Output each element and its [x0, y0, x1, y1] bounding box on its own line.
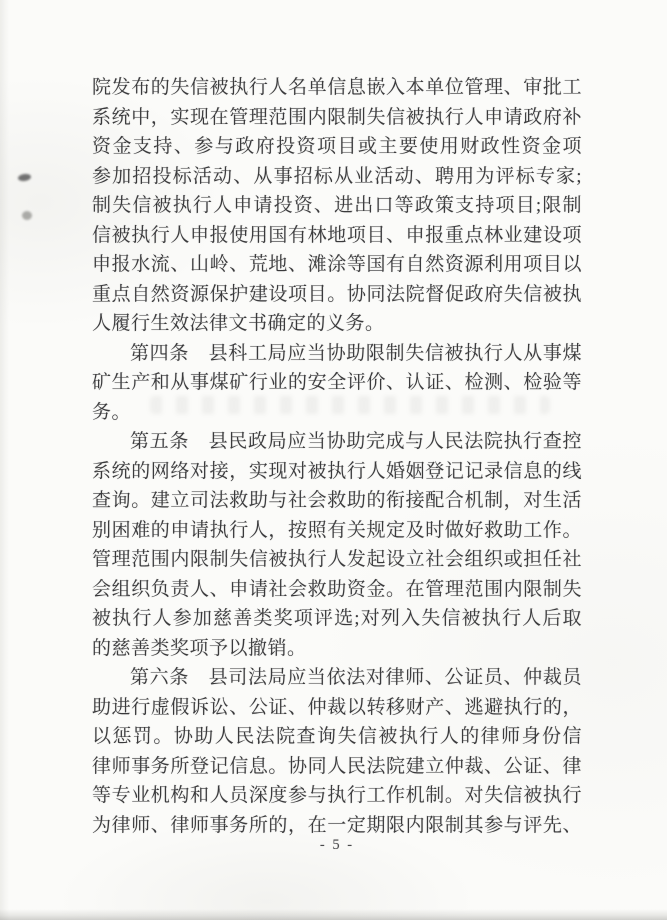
- text-line: 第五条 县民政局应当协助完成与人民法院执行查控: [92, 427, 582, 457]
- text-line: 被执行人参加慈善类奖项评选;对列入失信被执行人后取得: [92, 604, 582, 634]
- document-body: 院发布的失信被执行人名单信息嵌入本单位管理、审批工作系统中，实现在管理范围内限制…: [92, 73, 582, 840]
- scanned-document-page: 院发布的失信被执行人名单信息嵌入本单位管理、审批工作系统中，实现在管理范围内限制…: [0, 0, 667, 920]
- text-line: 参加招投标活动、从事招标从业活动、聘用为评标专家;限: [92, 162, 582, 192]
- text-line: 制失信被执行人申请投资、进出口等政策支持项目;限制失: [92, 191, 582, 221]
- text-line: 会组织负责人、申请社会救助资金。在管理范围内限制失信: [92, 575, 582, 605]
- text-line: 矿生产和从事煤矿行业的安全评价、认证、检测、检验等业: [92, 368, 582, 398]
- paragraph-article-6: 第六条 县司法局应当依法对律师、公证员、仲裁员帮助进行虚假诉讼、公证、仲裁以转移…: [92, 663, 582, 840]
- text-line: 查询。建立司法救助与社会救助的衔接配合机制，对生活特: [92, 486, 582, 516]
- text-line: 助进行虚假诉讼、公证、仲裁以转移财产、逃避执行的，予: [92, 693, 582, 723]
- paragraph-continuation: 院发布的失信被执行人名单信息嵌入本单位管理、审批工作系统中，实现在管理范围内限制…: [92, 73, 582, 339]
- scan-smudge-mark: [18, 173, 32, 182]
- text-line: 的慈善类奖项予以撤销。: [92, 634, 582, 664]
- text-line: 申报水流、山岭、荒地、滩涂等国有自然资源利用项目以及: [92, 250, 582, 280]
- text-line: 等专业机构和人员深度参与执行工作机制。对失信被执行人: [92, 781, 582, 811]
- text-line: 信被执行人申报使用国有林地项目、申报重点林业建设项目，: [92, 221, 582, 251]
- text-line: 重点自然资源保护建设项目。协同法院督促政府失信被执行: [92, 280, 582, 310]
- scan-shadow: [0, 909, 667, 920]
- text-line: 人履行生效法律文书确定的义务。: [92, 309, 582, 339]
- text-line: 第四条 县科工局应当协助限制失信被执行人从事煤: [92, 339, 582, 369]
- text-line: 务。: [92, 398, 582, 428]
- text-line: 为律师、律师事务所的，在一定期限内限制其参与评先、评: [92, 811, 582, 841]
- text-line: 第六条 县司法局应当依法对律师、公证员、仲裁员帮: [92, 663, 582, 693]
- paragraph-article-5: 第五条 县民政局应当协助完成与人民法院执行查控系统的网络对接，实现对被执行人婚姻…: [92, 427, 582, 663]
- text-line: 别困难的申请执行人，按照有关规定及时做好救助工作。在: [92, 516, 582, 546]
- scan-smudge-mark: [22, 211, 32, 220]
- text-line: 管理范围内限制失信被执行人发起设立社会组织或担任社: [92, 545, 582, 575]
- page-number: - 5 -: [92, 837, 582, 854]
- paragraph-article-4: 第四条 县科工局应当协助限制失信被执行人从事煤矿生产和从事煤矿行业的安全评价、认…: [92, 339, 582, 428]
- text-line: 系统的网络对接，实现对被执行人婚姻登记记录信息的线上: [92, 457, 582, 487]
- text-line: 以惩罚。协助人民法院查询失信被执行人的律师身份信息、: [92, 722, 582, 752]
- text-line: 系统中，实现在管理范围内限制失信被执行人申请政府补贴: [92, 103, 582, 133]
- text-line: 资金支持、参与政府投资项目或主要使用财政性资金项目、: [92, 132, 582, 162]
- text-line: 律师事务所登记信息。协同人民法院建立仲裁、公证、律师: [92, 752, 582, 782]
- text-line: 院发布的失信被执行人名单信息嵌入本单位管理、审批工作: [92, 73, 582, 103]
